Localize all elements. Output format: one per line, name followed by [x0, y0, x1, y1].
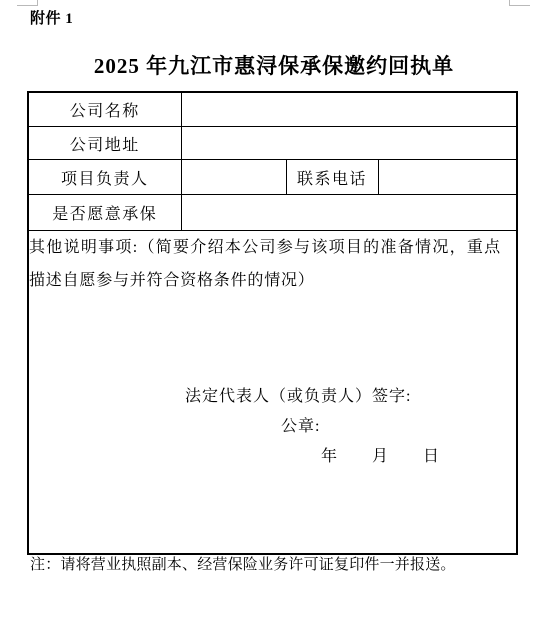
project-leader-input-cell[interactable]	[181, 160, 286, 195]
margin-crop-mark-left	[17, 0, 38, 6]
company-address-input-cell[interactable]	[181, 127, 517, 160]
document-page: 附件 1 2025 年九江市惠浔保承保邀约回执单 公司名称 公司地址 项目负责人…	[0, 0, 548, 626]
form-row-company-name: 公司名称	[28, 92, 517, 127]
project-leader-label: 项目负责人	[28, 160, 181, 195]
form-row-willing-to-underwrite: 是否愿意承保	[28, 195, 517, 231]
form-row-other-notes: 其他说明事项:（简要介绍本公司参与该项目的准备情况，重点描述自愿参与并符合资格条…	[28, 231, 517, 555]
other-notes-cell[interactable]: 其他说明事项:（简要介绍本公司参与该项目的准备情况，重点描述自愿参与并符合资格条…	[28, 231, 517, 555]
contact-phone-input-cell[interactable]	[378, 160, 517, 195]
contact-phone-label: 联系电话	[286, 160, 378, 195]
other-notes-instructions: 其他说明事项:（简要介绍本公司参与该项目的准备情况，重点描述自愿参与并符合资格条…	[29, 231, 501, 297]
margin-crop-mark-right	[509, 0, 530, 6]
willing-to-underwrite-label: 是否愿意承保	[28, 195, 181, 231]
company-name-label: 公司名称	[28, 92, 181, 127]
date-line: 年 月 日	[321, 449, 440, 465]
form-row-project-leader: 项目负责人 联系电话	[28, 160, 517, 195]
official-seal-line: 公章:	[281, 419, 320, 435]
legal-representative-signature-line: 法定代表人（或负责人）签字:	[185, 389, 411, 405]
receipt-form-table: 公司名称 公司地址 项目负责人 联系电话 是否愿意承保 其他说明事项:（简要介绍…	[27, 91, 518, 555]
company-name-input-cell[interactable]	[181, 92, 517, 127]
form-row-company-address: 公司地址	[28, 127, 517, 160]
page-title: 2025 年九江市惠浔保承保邀约回执单	[0, 54, 548, 78]
footnote: 注：请将营业执照副本、经营保险业务许可证复印件一并报送。	[30, 556, 456, 574]
company-address-label: 公司地址	[28, 127, 181, 160]
attachment-label: 附件 1	[30, 11, 73, 28]
willing-to-underwrite-input-cell[interactable]	[181, 195, 517, 231]
